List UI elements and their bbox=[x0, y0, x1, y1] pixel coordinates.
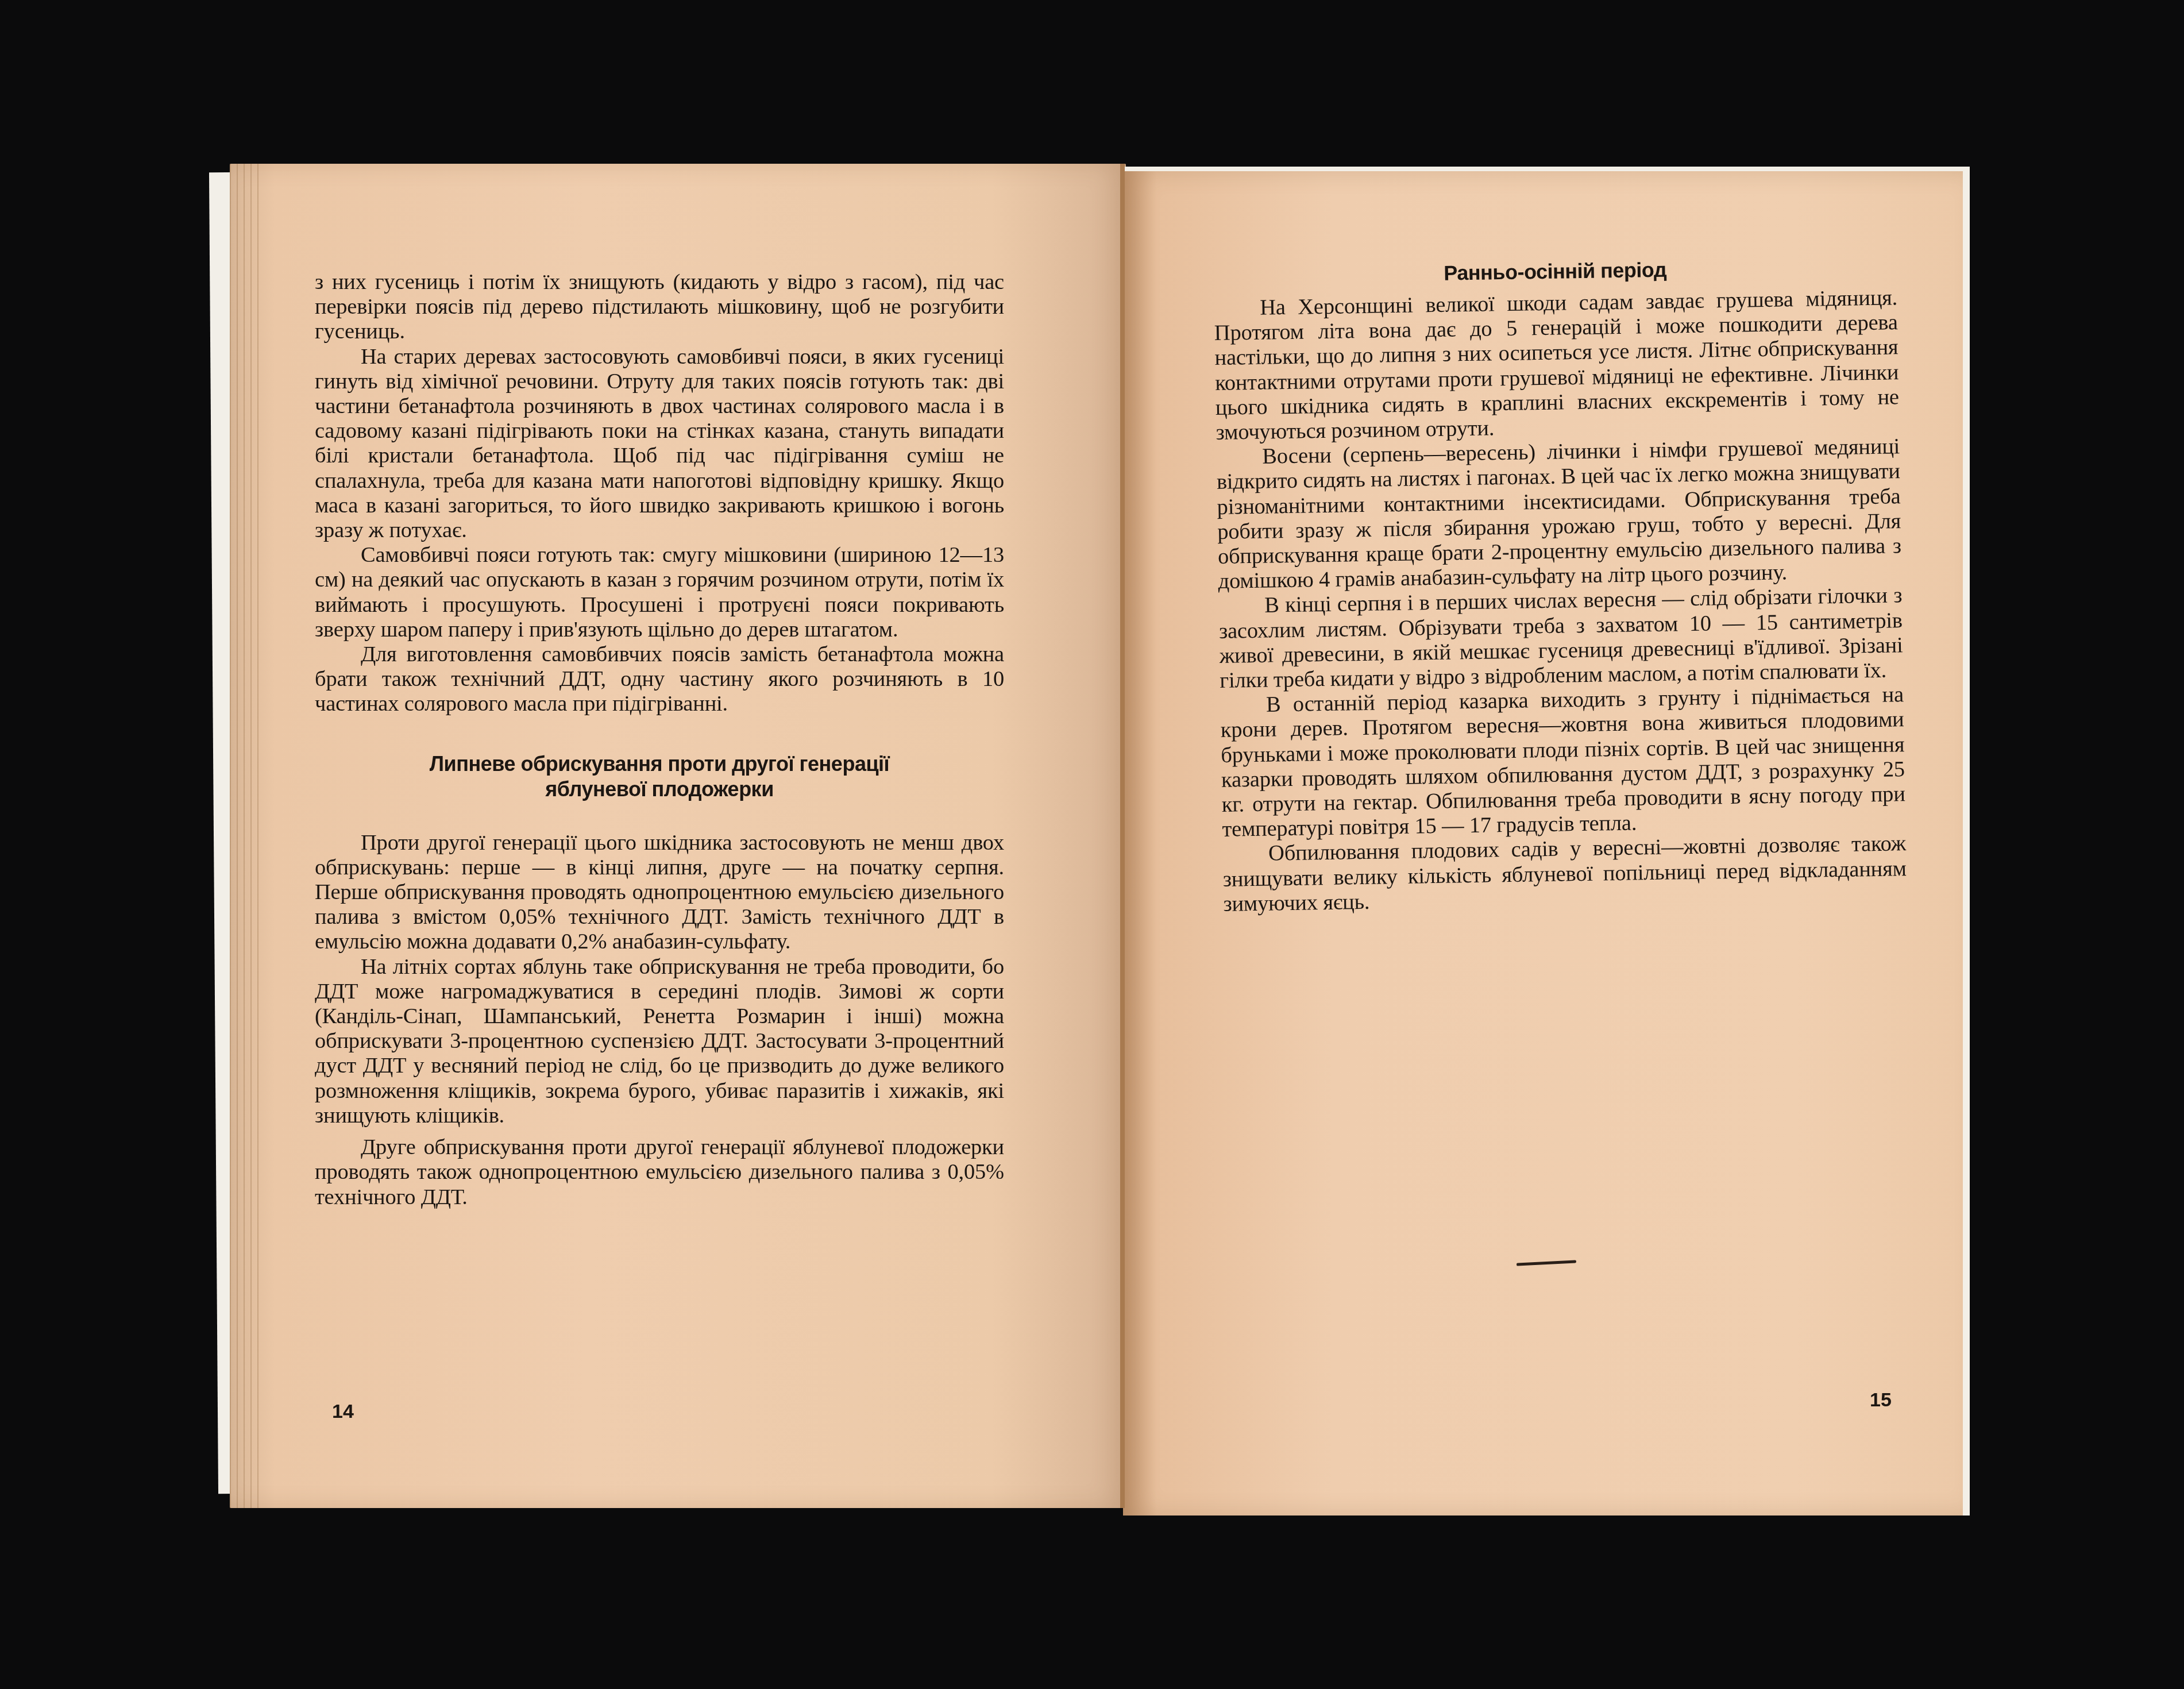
book-spread: з них гусениць і потім їх знищують (кида… bbox=[0, 0, 2184, 1689]
paragraph: Самовбивчі пояси готують так: смугу мішк… bbox=[315, 543, 1004, 642]
paragraph: Для виготовлення самовбивчих поясів замі… bbox=[315, 642, 1004, 717]
paragraph: Друге обприскування проти другої генерац… bbox=[315, 1135, 1004, 1210]
right-page-text: Ранньо-осінній період На Херсонщині вели… bbox=[1213, 253, 1907, 917]
paragraph: Проти другої генерації цього шкідника за… bbox=[315, 831, 1004, 955]
section-heading-line1: Липневе обрискування проти другої генера… bbox=[315, 751, 1004, 777]
paragraph: Обпилювання плодових садів у вересні—жов… bbox=[1222, 832, 1907, 917]
paragraph: В кінці серпня і в перших числах вересня… bbox=[1218, 584, 1904, 693]
paragraph: В останній період казарка виходить з гру… bbox=[1220, 682, 1906, 842]
section-heading-line2: яблуневої плодожерки bbox=[315, 777, 1004, 802]
paragraph: На літніх сортах яблунь таке обприскуван… bbox=[315, 955, 1004, 1128]
page-stack-lines bbox=[230, 164, 264, 1508]
paragraph: з них гусениць і потім їх знищують (кида… bbox=[315, 270, 1004, 345]
paragraph: На старих деревах застосовують самовбивч… bbox=[315, 345, 1004, 543]
paragraph: Восени (серпень—вересень) лічинки і німф… bbox=[1216, 434, 1902, 594]
page-number-right: 15 bbox=[1870, 1389, 1892, 1412]
page-number-left: 14 bbox=[332, 1401, 354, 1423]
paragraph: На Херсонщині великої шкоди садам завдає… bbox=[1214, 286, 1900, 445]
book-spine bbox=[1120, 164, 1125, 1508]
left-page-text: з них гусениць і потім їх знищують (кида… bbox=[315, 270, 1004, 1210]
